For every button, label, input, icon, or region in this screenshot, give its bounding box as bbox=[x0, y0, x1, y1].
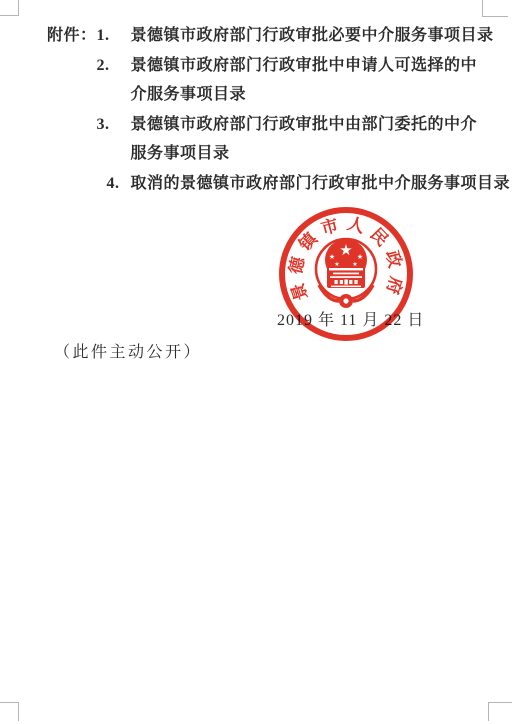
attachment-list: 附件： 1. 景德镇市政府部门行政审批必要中介服务事项目录 2. 景德镇市政府部… bbox=[47, 21, 501, 198]
attachment-item-4: 4. 取消的景德镇市政府部门行政审批中介服务事项目录 bbox=[97, 169, 501, 199]
national-emblem-icon: ★ ★ ★ ★ ★ bbox=[316, 239, 376, 308]
attachment-item-title: 景德镇市政府部门行政审批必要中介服务事项目录 bbox=[131, 21, 501, 51]
attachment-item-number: 4. bbox=[97, 169, 131, 199]
attachment-items: 1. 景德镇市政府部门行政审批必要中介服务事项目录 2. 景德镇市政府部门行政审… bbox=[97, 21, 501, 198]
attachment-item-title: 景德镇市政府部门行政审批中由部门委托的中介 服务事项目录 bbox=[131, 110, 501, 169]
margin-crop-mark-bottom-left bbox=[0, 702, 19, 721]
official-seal: 景德镇市人民政府 ★ ★ ★ ★ ★ bbox=[278, 206, 414, 342]
small-star-icon: ★ bbox=[334, 261, 339, 268]
attachment-item-3: 3. 景德镇市政府部门行政审批中由部门委托的中介 服务事项目录 bbox=[97, 110, 501, 169]
attachment-item-number: 1. bbox=[97, 21, 131, 51]
margin-crop-mark-top-right bbox=[482, 0, 508, 17]
attachment-label: 附件： bbox=[47, 21, 97, 51]
official-seal-graphic: 景德镇市人民政府 ★ ★ ★ ★ ★ bbox=[278, 206, 414, 342]
document-page: 附件： 1. 景德镇市政府部门行政审批必要中介服务事项目录 2. 景德镇市政府部… bbox=[0, 0, 512, 724]
attachment-item-number: 3. bbox=[97, 110, 131, 169]
attachment-item-number: 2. bbox=[97, 51, 131, 110]
small-star-icon: ★ bbox=[352, 261, 357, 268]
disclosure-note: （此件主动公开） bbox=[54, 339, 202, 362]
attachment-item-title: 取消的景德镇市政府部门行政审批中介服务事项目录 bbox=[131, 169, 501, 199]
attachment-item-1: 1. 景德镇市政府部门行政审批必要中介服务事项目录 bbox=[97, 21, 501, 51]
margin-crop-mark-top-left bbox=[0, 0, 19, 16]
margin-crop-mark-bottom-right bbox=[488, 702, 512, 721]
attachment-item-2: 2. 景德镇市政府部门行政审批中申请人可选择的中 介服务事项目录 bbox=[97, 51, 501, 110]
small-star-icon: ★ bbox=[329, 253, 335, 261]
big-star-icon: ★ bbox=[339, 241, 352, 259]
attachment-item-title: 景德镇市政府部门行政审批中申请人可选择的中 介服务事项目录 bbox=[131, 51, 501, 110]
small-star-icon: ★ bbox=[357, 253, 363, 261]
